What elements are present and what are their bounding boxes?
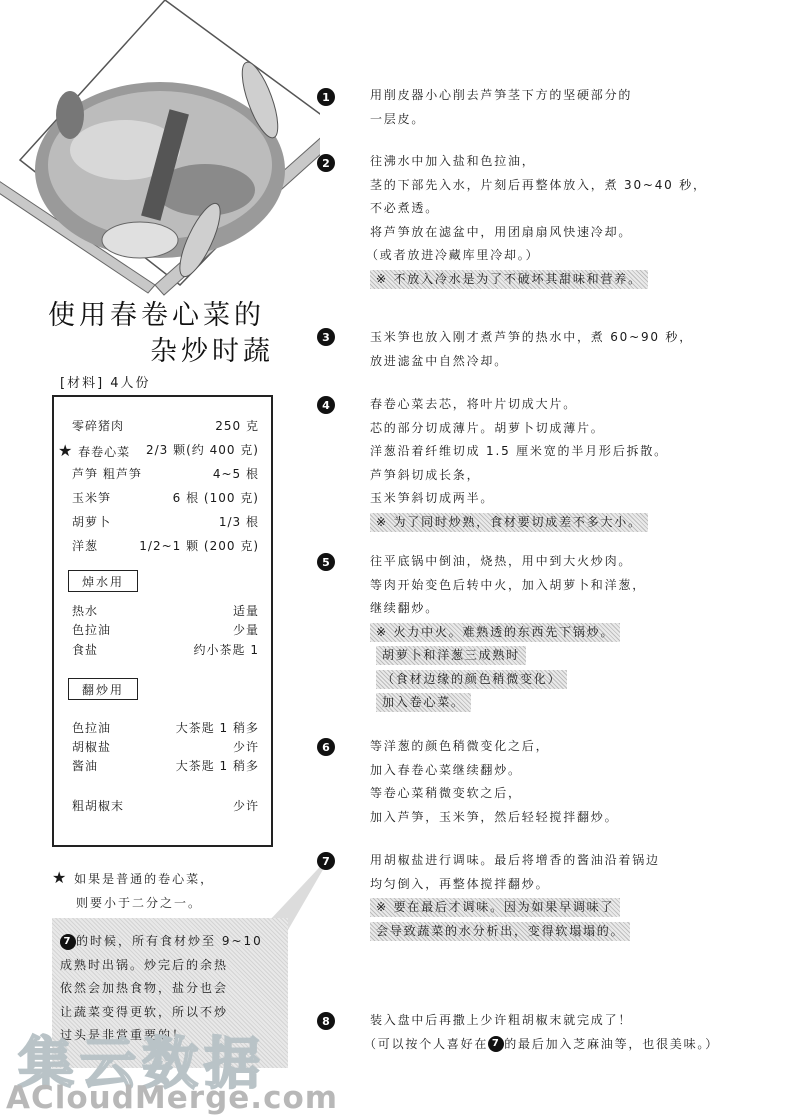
step-line: 芦笋斜切成长条， xyxy=(370,464,668,488)
ingredient-row: 胡椒盐少许 xyxy=(72,738,259,755)
ingredient-amount: 少许 xyxy=(233,797,259,814)
step-note: 会导致蔬菜的水分析出，变得软塌塌的。 xyxy=(370,922,630,941)
ingredient-name: 食盐 xyxy=(72,641,98,658)
ingredient-name: 芦笋 粗芦笋 xyxy=(72,465,142,482)
step-line: （可以按个人喜好在7的最后加入芝麻油等，也很美味。） xyxy=(364,1033,719,1057)
star-note-line: 则要小于二分之一。 xyxy=(52,891,214,915)
ingredient-amount: 大茶匙 1 稍多 xyxy=(176,719,259,736)
ingredient-amount: 少量 xyxy=(233,621,259,638)
step-note: （食材边缘的颜色稍微变化） xyxy=(376,670,567,689)
recipe-title-line1: 使用春卷心菜的 xyxy=(48,293,265,332)
ingredient-amount: 6 根 (100 克) xyxy=(173,489,259,506)
step-line: 玉米笋斜切成两半。 xyxy=(370,487,668,511)
step-line: 芯的部分切成薄片。胡萝卜切成薄片。 xyxy=(370,417,668,441)
star-icon: ★ xyxy=(52,868,68,887)
ingredient-row: 零碎猪肉250 克 xyxy=(72,417,259,434)
ingredient-row: 洋葱1/2~1 颗 (200 克) xyxy=(72,537,259,554)
recipe-title-line2: 杂炒时蔬 xyxy=(150,329,274,368)
ingredient-amount: 250 克 xyxy=(215,417,259,434)
step-number-icon: 7 xyxy=(488,1036,504,1052)
ingredient-amount: 4~5 根 xyxy=(213,465,259,482)
step-line: 继续翻炒。 xyxy=(370,597,646,621)
step-line: 等卷心菜稍微变软之后， xyxy=(370,782,618,806)
step-number-icon: 7 xyxy=(60,934,76,950)
step-note: ※ 为了同时炒熟，食材要切成差不多大小。 xyxy=(370,513,648,532)
ingredient-name: 玉米笋 xyxy=(72,489,111,506)
ingredient-amount: 1/2~1 颗 (200 克) xyxy=(139,537,259,554)
step-line: 加入春卷心菜继续翻炒。 xyxy=(370,759,618,783)
step-3: 玉米笋也放入刚才煮芦笋的热水中，煮 60~90 秒， 放进滤盆中自然冷却。 xyxy=(370,326,693,373)
ingredient-amount: 1/3 根 xyxy=(219,513,259,530)
ingredient-name: 胡萝卜 xyxy=(72,513,111,530)
step-line: 用胡椒盐进行调味。最后将增香的酱油沿着锅边 xyxy=(370,849,660,873)
tip-line: 的时候，所有食材炒至 9~10 xyxy=(76,934,263,948)
step-6: 等洋葱的颜色稍微变化之后， 加入春卷心菜继续翻炒。 等卷心菜稍微变软之后， 加入… xyxy=(370,735,618,829)
step-line: 茎的下部先入水，片刻后再整体放入，煮 30~40 秒， xyxy=(370,174,707,198)
ingredient-row: 色拉油少量 xyxy=(72,621,259,638)
ingredient-row: ★ 春卷心菜2/3 颗(约 400 克) xyxy=(58,441,259,460)
materials-heading: [材料] 4人份 xyxy=(60,372,151,391)
step-number-7: 7 xyxy=(317,852,335,870)
tip-line: 依然会加热食物，盐分也会 xyxy=(60,977,282,1001)
ingredient-row: 食盐约小茶匙 1 xyxy=(72,641,259,658)
step-4: 春卷心菜去芯，将叶片切成大片。 芯的部分切成薄片。胡萝卜切成薄片。 洋葱沿着纤维… xyxy=(370,393,668,534)
step-number-4: 4 xyxy=(317,396,335,414)
step-line: 玉米笋也放入刚才煮芦笋的热水中，煮 60~90 秒， xyxy=(370,326,693,350)
step-line: 不必煮透。 xyxy=(370,197,707,221)
step-number-1: 1 xyxy=(317,88,335,106)
watermark: 集云数据 ACloudMerge.com xyxy=(0,1020,340,1116)
ingredient-name: 色拉油 xyxy=(72,719,111,736)
step-line: 装入盘中后再撒上少许粗胡椒末就完成了！ xyxy=(370,1009,719,1033)
step-text: （可以按个人喜好在 xyxy=(364,1037,488,1051)
step-line: 将芦笋放在滤盆中，用团扇扇风快速冷却。 xyxy=(370,221,707,245)
ingredient-amount: 大茶匙 1 稍多 xyxy=(176,757,259,774)
step-line: 等洋葱的颜色稍微变化之后， xyxy=(370,735,618,759)
step-line: 洋葱沿着纤维切成 1.5 厘米宽的半月形后拆散。 xyxy=(370,440,668,464)
step-line: 一层皮。 xyxy=(370,108,632,132)
watermark-en: ACloudMerge.com xyxy=(6,1080,338,1116)
step-text: 的最后加入芝麻油等，也很美味。） xyxy=(504,1037,719,1051)
star-icon: ★ xyxy=(58,441,73,460)
step-note: ※ 火力中火。难熟透的东西先下锅炒。 xyxy=(370,623,620,642)
step-line: （或者放进冷藏库里冷却。） xyxy=(366,244,707,268)
ingredient-row: 粗胡椒末少许 xyxy=(72,797,259,814)
ingredient-row: 热水适量 xyxy=(72,602,259,619)
dish-illustration xyxy=(0,0,320,300)
step-2: 往沸水中加入盐和色拉油， 茎的下部先入水，片刻后再整体放入，煮 30~40 秒，… xyxy=(370,150,707,291)
ingredient-name: 零碎猪肉 xyxy=(72,417,124,434)
step-line: 往平底锅中倒油，烧热，用中到大火炒肉。 xyxy=(370,550,646,574)
step-line: 均匀倒入，再整体搅拌翻炒。 xyxy=(370,873,660,897)
blanch-label: 焯水用 xyxy=(68,570,138,592)
ingredient-name: 粗胡椒末 xyxy=(72,797,124,814)
step-line: 加入芦笋，玉米笋，然后轻轻搅拌翻炒。 xyxy=(370,806,618,830)
step-number-3: 3 xyxy=(317,328,335,346)
step-8: 装入盘中后再撒上少许粗胡椒末就完成了！ （可以按个人喜好在7的最后加入芝麻油等，… xyxy=(370,1009,719,1056)
ingredient-amount: 约小茶匙 1 xyxy=(194,641,259,658)
step-line: 放进滤盆中自然冷却。 xyxy=(370,350,693,374)
ingredient-row: 玉米笋6 根 (100 克) xyxy=(72,489,259,506)
ingredient-name: 热水 xyxy=(72,602,98,619)
ingredient-amount: 2/3 颗(约 400 克) xyxy=(146,441,259,460)
ingredients-box: 零碎猪肉250 克 ★ 春卷心菜2/3 颗(约 400 克) 芦笋 粗芦笋4~5… xyxy=(52,395,273,847)
step-number-6: 6 xyxy=(317,738,335,756)
ingredient-amount: 少许 xyxy=(233,738,259,755)
ingredient-row: 胡萝卜1/3 根 xyxy=(72,513,259,530)
ingredient-name: 洋葱 xyxy=(72,537,98,554)
step-note: ※ 要在最后才调味。因为如果早调味了 xyxy=(370,898,620,917)
step-note: 胡萝卜和洋葱三成熟时 xyxy=(376,646,526,665)
step-line: 春卷心菜去芯，将叶片切成大片。 xyxy=(370,393,668,417)
step-5: 往平底锅中倒油，烧热，用中到大火炒肉。 等肉开始变色后转中火，加入胡萝卜和洋葱，… xyxy=(370,550,646,715)
step-note: ※ 不放入冷水是为了不破坏其甜味和营养。 xyxy=(370,270,648,289)
ingredient-name: 春卷心菜 xyxy=(78,445,130,459)
ingredient-row: 色拉油大茶匙 1 稍多 xyxy=(72,719,259,736)
tip-line: 成熟时出锅。炒完后的余热 xyxy=(60,954,282,978)
ingredient-row: 酱油大茶匙 1 稍多 xyxy=(72,757,259,774)
ingredient-row: 芦笋 粗芦笋4~5 根 xyxy=(72,465,259,482)
ingredient-amount: 适量 xyxy=(233,602,259,619)
step-1: 用削皮器小心削去芦笋茎下方的坚硬部分的 一层皮。 xyxy=(370,84,632,131)
ingredient-name: 胡椒盐 xyxy=(72,738,111,755)
step-number-5: 5 xyxy=(317,553,335,571)
step-number-2: 2 xyxy=(317,154,335,172)
step-line: 用削皮器小心削去芦笋茎下方的坚硬部分的 xyxy=(370,84,632,108)
fry-label: 翻炒用 xyxy=(68,678,138,700)
step-line: 往沸水中加入盐和色拉油， xyxy=(370,150,707,174)
step-note: 加入卷心菜。 xyxy=(376,693,471,712)
ingredient-name: 色拉油 xyxy=(72,621,111,638)
star-note: ★ 如果是普通的卷心菜， 则要小于二分之一。 xyxy=(52,866,214,915)
star-note-line: 如果是普通的卷心菜， xyxy=(74,872,214,886)
ingredient-name: 酱油 xyxy=(72,757,98,774)
step-line: 等肉开始变色后转中火，加入胡萝卜和洋葱， xyxy=(370,574,646,598)
step-7: 用胡椒盐进行调味。最后将增香的酱油沿着锅边 均匀倒入，再整体搅拌翻炒。 ※ 要在… xyxy=(370,849,660,943)
